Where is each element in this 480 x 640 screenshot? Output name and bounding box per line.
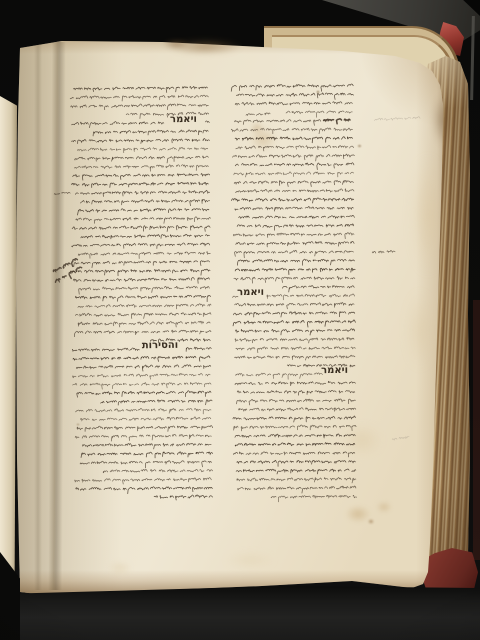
manuscript-photo: ויאמרוהסירותויאמרויאמר xyxy=(0,0,480,640)
photo-vignette xyxy=(0,0,480,640)
